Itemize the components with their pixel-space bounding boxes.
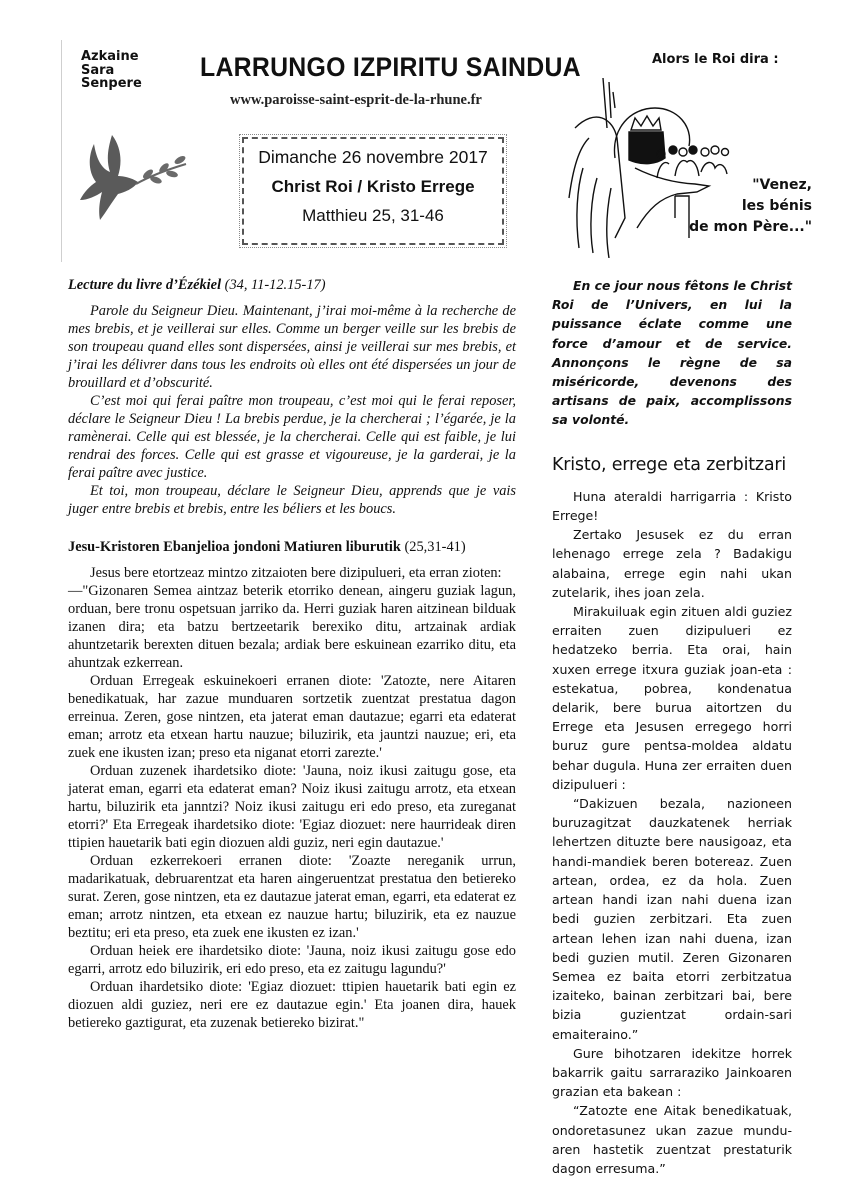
dove-with-olive-branch-icon [78, 130, 193, 230]
left-margin-rule [61, 40, 62, 262]
gospel-intro: Jesus bere etortzeaz mintzo zitzaioten b… [68, 564, 516, 582]
commentary-paragraph: “Zatozte ene Aitak benedikatuak, ondoret… [552, 1101, 792, 1178]
quote-line: de mon Père..." [672, 217, 812, 238]
town-name: Azkaine [81, 50, 142, 64]
date-frame: Dimanche 26 novembre 2017 Christ Roi / K… [242, 137, 504, 245]
gospel-paragraph: —"Gizonaren Semea aintzaz beterik etorri… [68, 582, 516, 672]
quote-line: "Venez, [672, 175, 812, 196]
first-reading-heading: Lecture du livre d’Ézékiel (34, 11-12.15… [68, 276, 516, 294]
gospel-paragraph: Orduan ezkerrekoeri erranen diote: 'Zoaz… [68, 852, 516, 942]
commentary-paragraph: Gure bihotzaren idekitze horrek bakarrik… [552, 1044, 792, 1102]
readings-column: Lecture du livre d’Ézékiel (34, 11-12.15… [68, 276, 516, 1032]
feast-intro: En ce jour nous fêtons le Christ Roi de … [552, 276, 792, 430]
service-date: Dimanche 26 novembre 2017 [244, 147, 502, 168]
gospel-title: Jesu-Kristoren Ebanjelioa jondoni Matiur… [68, 539, 401, 555]
parish-website-link[interactable]: www.paroisse-saint-esprit-de-la-rhune.fr [230, 92, 482, 109]
commentary-paragraph: Mirakuiluak egin zituen aldi guziez erra… [552, 602, 792, 794]
first-reading-paragraph: Parole du Seigneur Dieu. Maintenant, j’i… [68, 302, 516, 392]
bulletin-title: LARRUNGO IZPIRITU SAINDUA [200, 52, 531, 83]
commentary-paragraph: Zertako Jesusek ez du erran lehenago err… [552, 525, 792, 602]
first-reading-ref: (34, 11-12.15-17) [221, 277, 325, 293]
gospel-ref: (25,31-41) [401, 539, 466, 555]
commentary-paragraph: “Dakizuen bezala, nazioneen buruzagitzat… [552, 794, 792, 1044]
illustration-caption: Alors le Roi dira : [652, 52, 779, 67]
illustration-quote: "Venez, les bénis de mon Père..." [672, 175, 812, 238]
gospel-reference: Matthieu 25, 31-46 [244, 206, 502, 226]
first-reading-paragraph: C’est moi qui ferai paître mon troupeau,… [68, 392, 516, 482]
first-reading-title: Lecture du livre d’Ézékiel [68, 277, 221, 293]
commentary-column: En ce jour nous fêtons le Christ Roi de … [552, 276, 792, 1178]
gospel-paragraph: Orduan ihardetsiko diote: 'Egiaz diozuet… [68, 978, 516, 1032]
bulletin-page: Azkaine Sara Senpere LARRUNGO IZPIRITU S… [0, 0, 850, 1202]
gospel-paragraph: Orduan heiek ere ihardetsiko diote: 'Jau… [68, 942, 516, 978]
first-reading-paragraph: Et toi, mon troupeau, déclare le Seigneu… [68, 482, 516, 518]
town-name: Senpere [81, 77, 142, 91]
town-name: Sara [81, 64, 142, 78]
commentary-paragraph: Huna ateraldi harrigarria : Kristo Erreg… [552, 487, 792, 525]
gospel-heading: Jesu-Kristoren Ebanjelioa jondoni Matiur… [68, 538, 516, 556]
parish-towns: Azkaine Sara Senpere [81, 50, 142, 91]
feast-name: Christ Roi / Kristo Errege [244, 177, 502, 197]
gospel-paragraph: Orduan zuzenek ihardetsiko diote: 'Jauna… [68, 762, 516, 852]
gospel-paragraph: Orduan Erregeak eskuinekoeri erranen dio… [68, 672, 516, 762]
quote-line: les bénis [672, 196, 812, 217]
commentary-heading: Kristo, errege eta zerbitzari [552, 456, 792, 475]
